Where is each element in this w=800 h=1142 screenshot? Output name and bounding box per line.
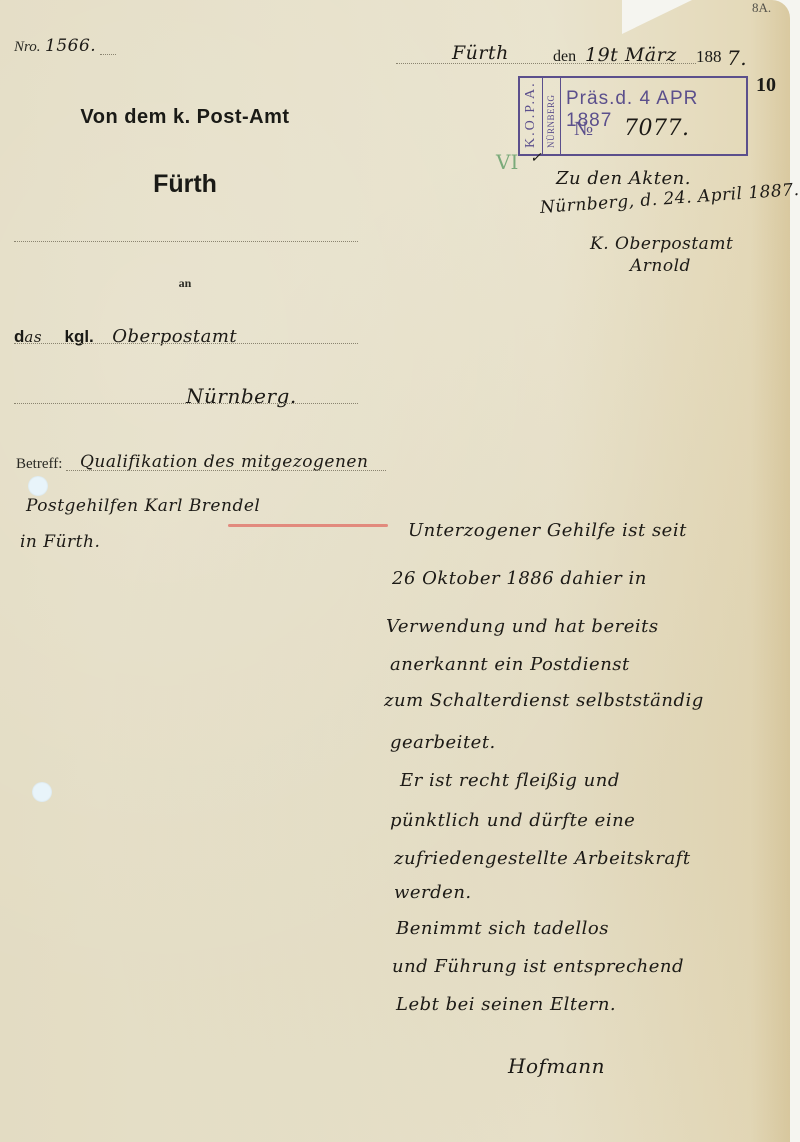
subject-line1: Qualifikation des mitgezogenen <box>80 452 368 472</box>
stamp-no-label: № <box>574 118 593 141</box>
receipt-stamp: K.O.P.A. NÜRNBERG Präs.d. 4 APR 1887 № 7… <box>518 76 748 156</box>
body-line-9: zufriedengestellte Arbeitskraft <box>394 848 691 869</box>
subject-label: Betreff: <box>16 456 62 473</box>
body-line-8: pünktlich und dürfte eine <box>390 810 635 831</box>
sender-line1: Von dem k. Post-Amt <box>0 106 370 129</box>
body-line-3: Verwendung und hat bereits <box>386 616 659 637</box>
body-line-12: und Führung ist entsprechend <box>392 956 684 977</box>
checkmark-icon: ✓ <box>530 150 542 166</box>
stamp-city: NÜRNBERG <box>546 82 556 148</box>
annotation-signature: Arnold <box>630 256 691 276</box>
sender-city: Fürth <box>0 170 370 199</box>
archive-mark: 8A. <box>752 0 771 16</box>
recipient-dotted-line <box>14 343 358 344</box>
annotation-line3: K. Oberpostamt <box>590 234 733 254</box>
stamp-no-value: 7077. <box>624 116 689 141</box>
body-line-7: Er ist recht fleißig und <box>400 770 620 791</box>
place-handwritten: Fürth <box>452 42 509 64</box>
red-pencil-underline <box>228 524 388 527</box>
ref-label: Nro. <box>14 39 41 55</box>
page-number: 10 <box>756 74 776 97</box>
date-dotted-line <box>396 63 696 64</box>
signature: Hofmann <box>508 1054 605 1078</box>
body-line-10: werden. <box>394 882 472 903</box>
city-dotted-line <box>14 403 358 404</box>
body-line-4: anerkannt ein Postdienst <box>390 654 630 675</box>
reference-number: Nro. 1566. <box>14 36 96 56</box>
subject-line2: Postgehilfen Karl Brendel <box>26 496 260 516</box>
subject-line3: in Fürth. <box>20 532 100 552</box>
stamp-office: K.O.P.A. <box>523 82 539 148</box>
body-line-13: Lebt bei seinen Eltern. <box>396 994 616 1015</box>
stamp-praes-label: Präs.d. <box>566 88 633 109</box>
an-label: an <box>0 276 370 291</box>
ref-value: 1566. <box>45 36 96 56</box>
folded-corner <box>622 0 692 34</box>
year-handwritten: 7. <box>727 46 747 70</box>
body-line-1: Unterzogener Gehilfe ist seit <box>408 520 687 541</box>
body-line-5: zum Schalterdienst selbstständig <box>384 690 704 711</box>
ref-dotted-line <box>100 54 116 55</box>
green-pencil-mark: VI <box>496 150 518 174</box>
recipient-city: Nürnberg. <box>186 384 297 408</box>
punch-hole-bottom <box>32 782 52 802</box>
body-line-11: Benimmt sich tadellos <box>396 918 609 939</box>
body-line-2: 26 Oktober 1886 dahier in <box>392 568 647 589</box>
sender-divider <box>14 241 358 242</box>
body-line-6: gearbeitet. <box>390 732 496 753</box>
punch-hole-top <box>28 476 48 496</box>
year-printed: 188 <box>696 47 722 67</box>
annotation-line1: Zu den Akten. <box>556 168 691 189</box>
